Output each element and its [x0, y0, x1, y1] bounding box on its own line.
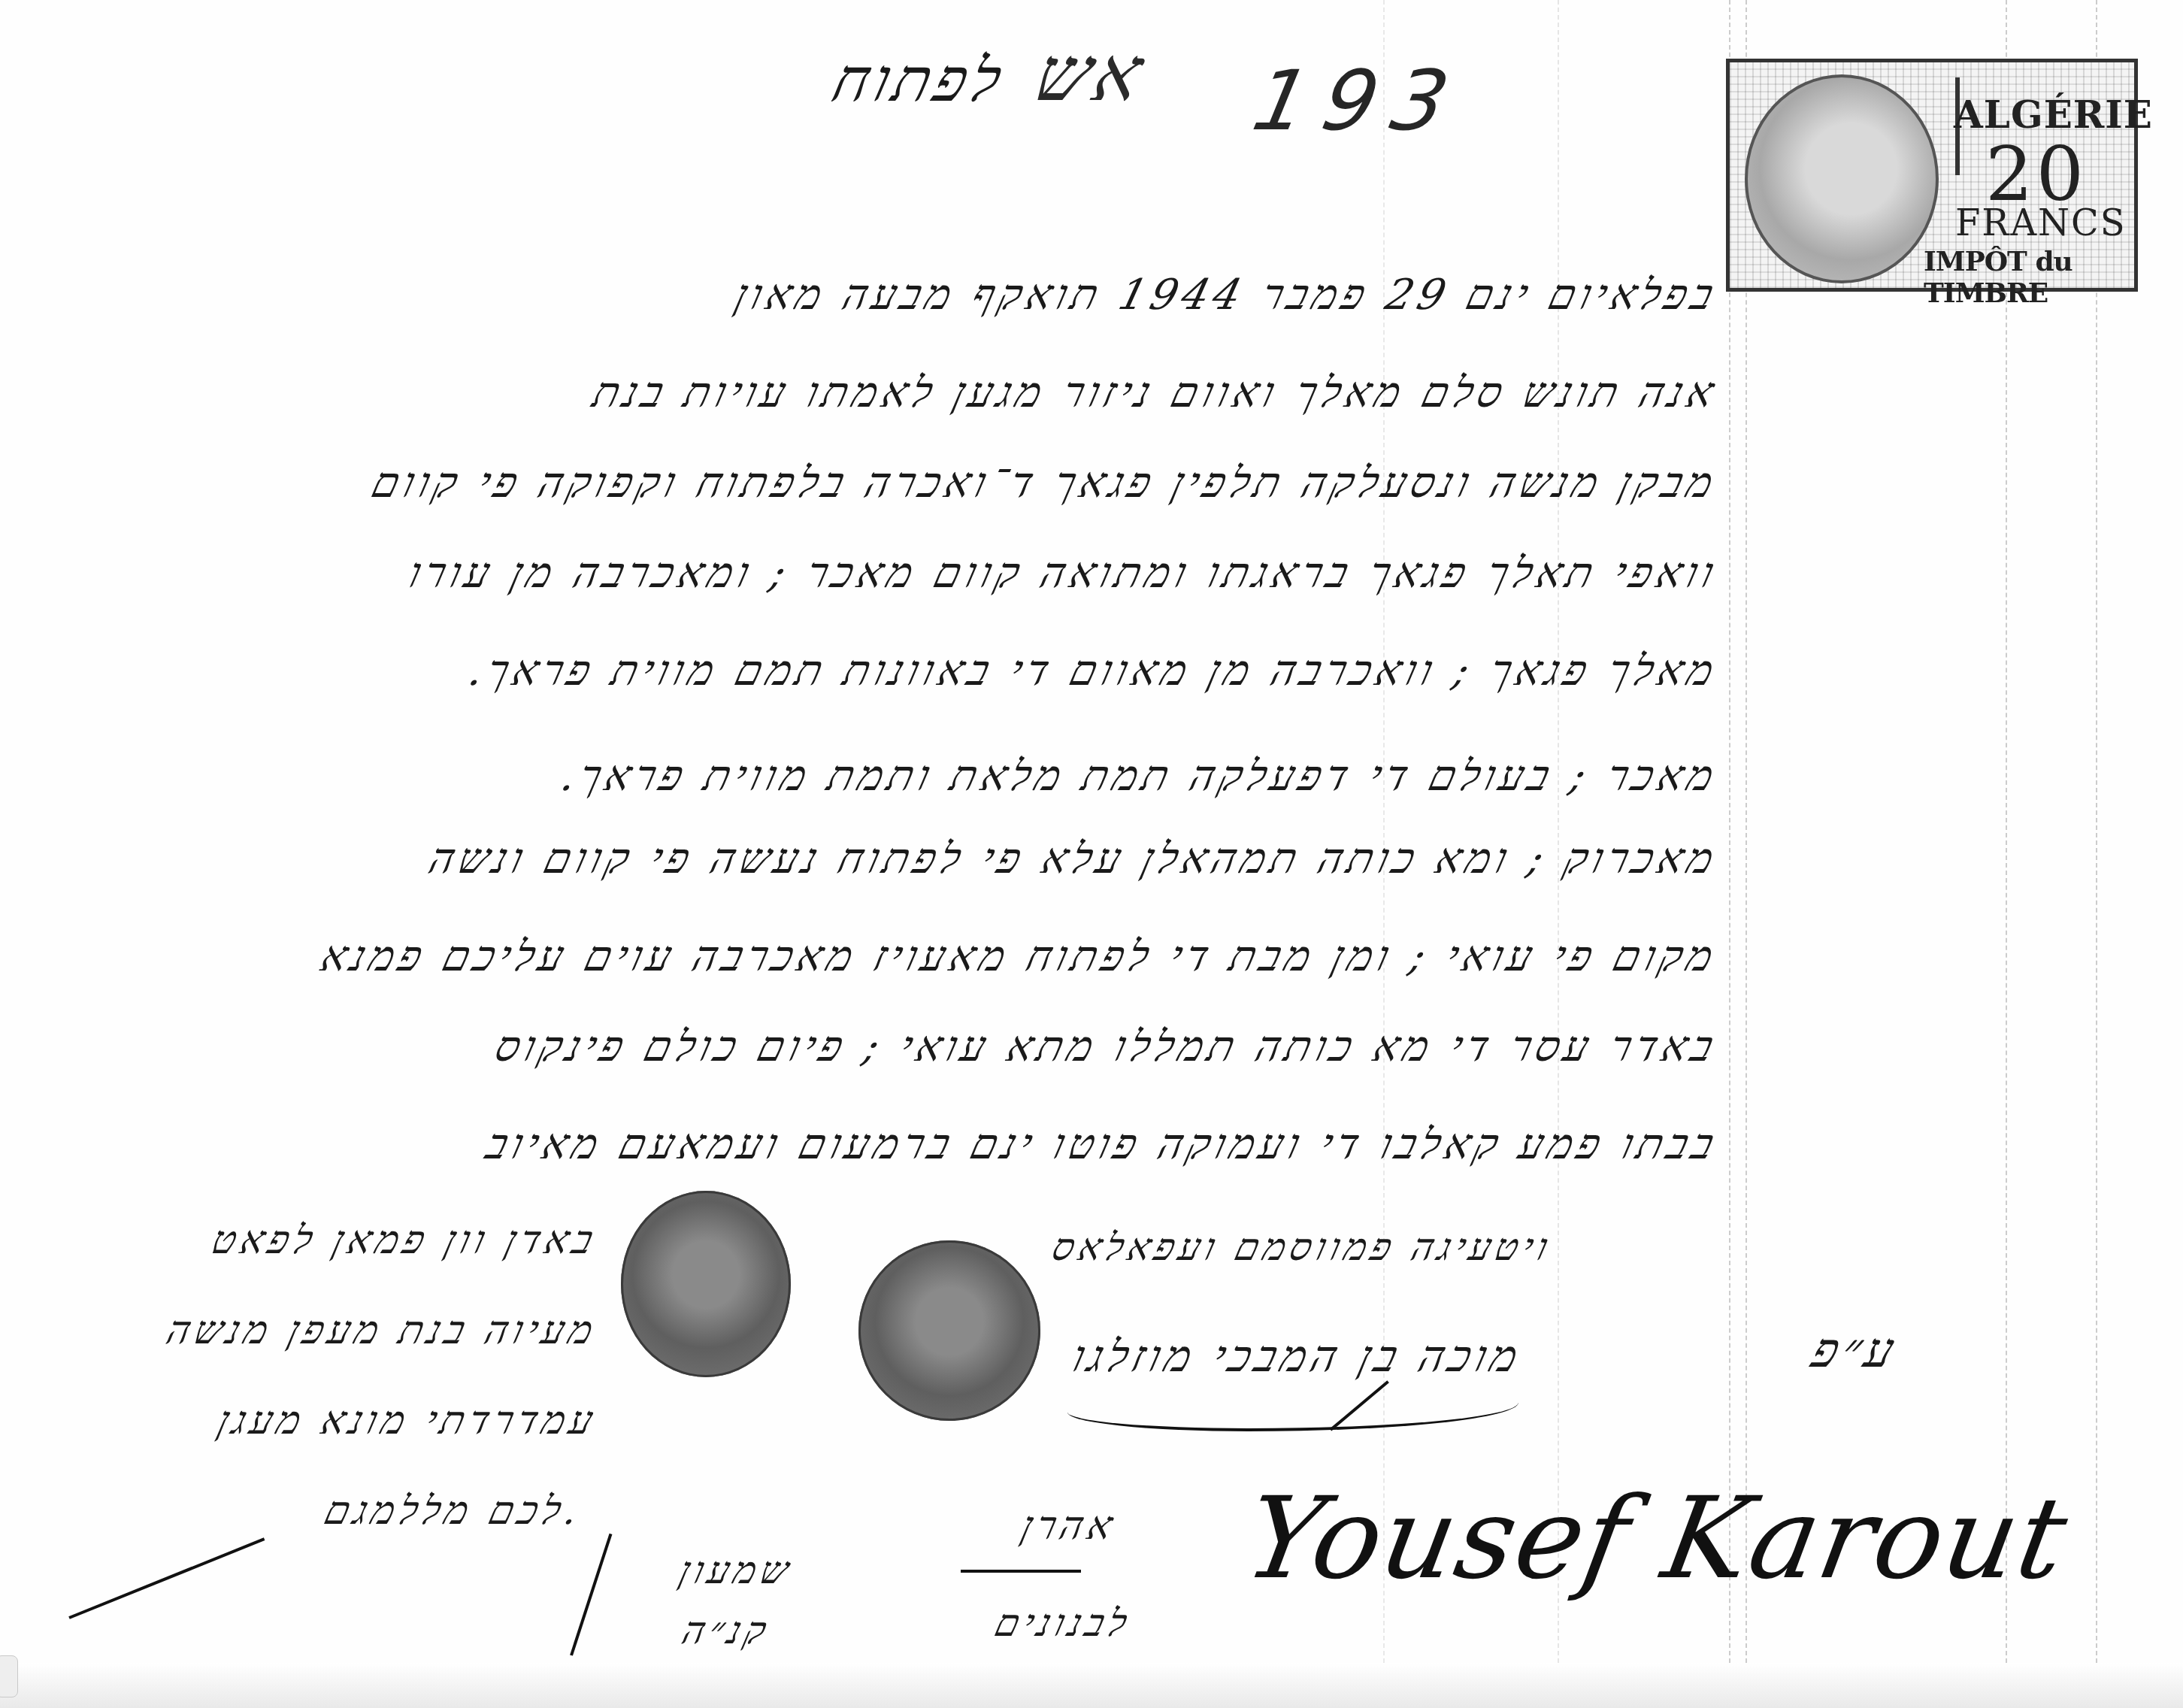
body-line: וואפי תאלך פגאך בראגתו ומתואה קוום מאכר …	[403, 549, 1723, 598]
stamp-unit: FRANCS	[1955, 202, 2127, 244]
witness-1-title: קנ״ה	[677, 1609, 775, 1652]
body-line: באדר עסר די מא כותה תמללו מתא עואי ; פיו…	[490, 1022, 1723, 1071]
witness-2-underline	[961, 1570, 1081, 1573]
fiscal-stamp: ALGÉRIE 20 FRANCS IMPÔT du TIMBRE	[1726, 59, 2138, 292]
header-word: לפתוח	[825, 45, 1013, 116]
document-number: 193	[1245, 53, 1473, 149]
signed-label: ע״פ	[1806, 1323, 1905, 1379]
left-note-line: .לכם מללמגם	[319, 1488, 587, 1534]
signer-hebrew: מוכה בן המבכי מוזלגו	[1067, 1331, 1528, 1382]
signature-underline	[1067, 1383, 1518, 1431]
body-line: מקום פי עואי ; ומן מבת די לפתוח מאעויז מ…	[316, 932, 1723, 981]
document-page: לפתוח אש 193 ALGÉRIE 20 FRANCS IMPÔT du …	[0, 0, 2183, 1708]
body-line: מאכרוק ; ומא כותה תמהאלן עלא פי לפתוח נע…	[424, 834, 1724, 883]
witness-1-stroke	[570, 1534, 612, 1656]
left-note-flourish	[68, 1537, 265, 1619]
viewer-side-tab[interactable]	[0, 1655, 18, 1697]
body-line: מאלך פגאך ; וואכרבה מן מאוום די באוונות …	[463, 647, 1723, 695]
witness-1-name: שמעון	[675, 1549, 798, 1592]
witness-2-name: אהרן	[1016, 1504, 1121, 1549]
left-note-line: עמדרדתי מונא מעגן	[213, 1398, 603, 1443]
header-mark: אש	[1026, 30, 1155, 118]
body-line: בפלאיום ינם 29 פמבר 1944 תואקף מבעה מאון	[730, 271, 1723, 319]
left-note-line: מעיוה בנת מעפן מנשה	[162, 1308, 603, 1353]
stamp-tax-label: IMPÔT du TIMBRE	[1924, 246, 2134, 309]
body-line: אנה תונש סלם מאלך ואוום ניזור מגען לאמתו…	[588, 368, 1723, 417]
viewer-bottom-edge	[0, 1663, 2183, 1708]
witness-2-title: לבנונים	[991, 1601, 1137, 1645]
body-line: מבקן מנשה ונסעלקה תלפין פגאך ד־ואכרה בלפ…	[367, 459, 1723, 507]
marianne-medallion-icon	[1745, 74, 1939, 283]
fingerprint-right	[858, 1240, 1040, 1421]
margin-rule	[1558, 0, 1559, 1663]
body-line: ויטעיגה פמווסמם ועפאלאס	[1048, 1225, 1557, 1269]
body-line: מאכר ; בעולם די דפעלקה תמת מלאת ותמת מוו…	[556, 752, 1724, 801]
body-line: בבתו פמע קאלבו די ועמוקה פוטו ינם ברמעום…	[480, 1120, 1723, 1169]
fingerprint-left	[621, 1191, 791, 1377]
left-note-line: באדן וון פמאן לפאט	[207, 1218, 602, 1263]
signature-latin: Yousef Karout	[1237, 1473, 2078, 1604]
